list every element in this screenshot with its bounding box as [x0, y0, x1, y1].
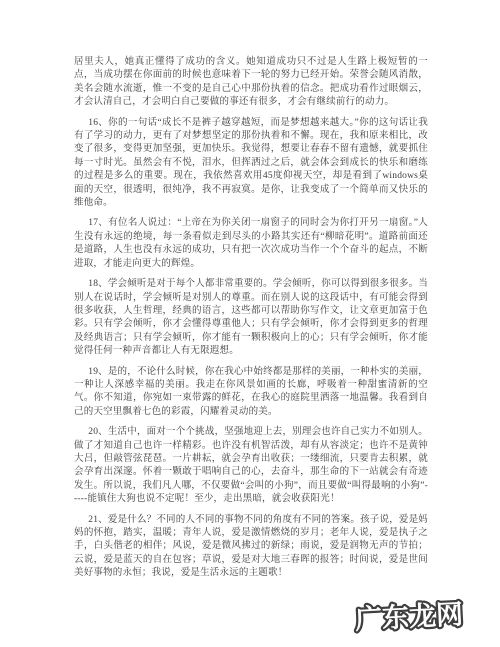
paragraph-18: 18、学会倾听是对于每个人都非常重要的。学会倾听，你可以得到很多很多。当别人在说… [74, 278, 428, 358]
paragraph-continuation: 居里夫人，她真正懂得了成功的含义。她知道成功只不过是人生路上极短暂的一点，当成功… [74, 56, 428, 110]
text-column: 居里夫人，她真正懂得了成功的含义。她知道成功只不过是人生路上极短暂的一点，当成功… [74, 56, 428, 588]
paragraph-16: 16、你的一句话“成长不是裤子越穿越短，而是梦想越来越大。”你的这句话让我有了学… [74, 117, 428, 211]
paragraph-19: 19、是的，不论什么时候，你在我心中始终都是那样的美丽，一种朴实的美丽，一种让人… [74, 366, 428, 420]
paragraph-20: 20、生活中，面对一个个挑战，坚强地迎上去，别理会也许自己实力不如别人。做了才知… [74, 426, 428, 506]
paragraph-17: 17、有位名人说过：“上帝在为你关闭一扇窗子的同时会为你打开另一扇窗。”人生没有… [74, 217, 428, 271]
document-page: 居里夫人，她真正懂得了成功的含义。她知道成功只不过是人生路上极短暂的一点，当成功… [0, 0, 500, 647]
watermark-text: 广东龙网 [354, 599, 463, 635]
watermark-logo: 广东龙网 [345, 592, 473, 641]
paragraph-21: 21、爱是什么？不同的人不同的事物不同的角度有不同的答案。孩子说，爱是妈妈的怀抱… [74, 514, 428, 581]
